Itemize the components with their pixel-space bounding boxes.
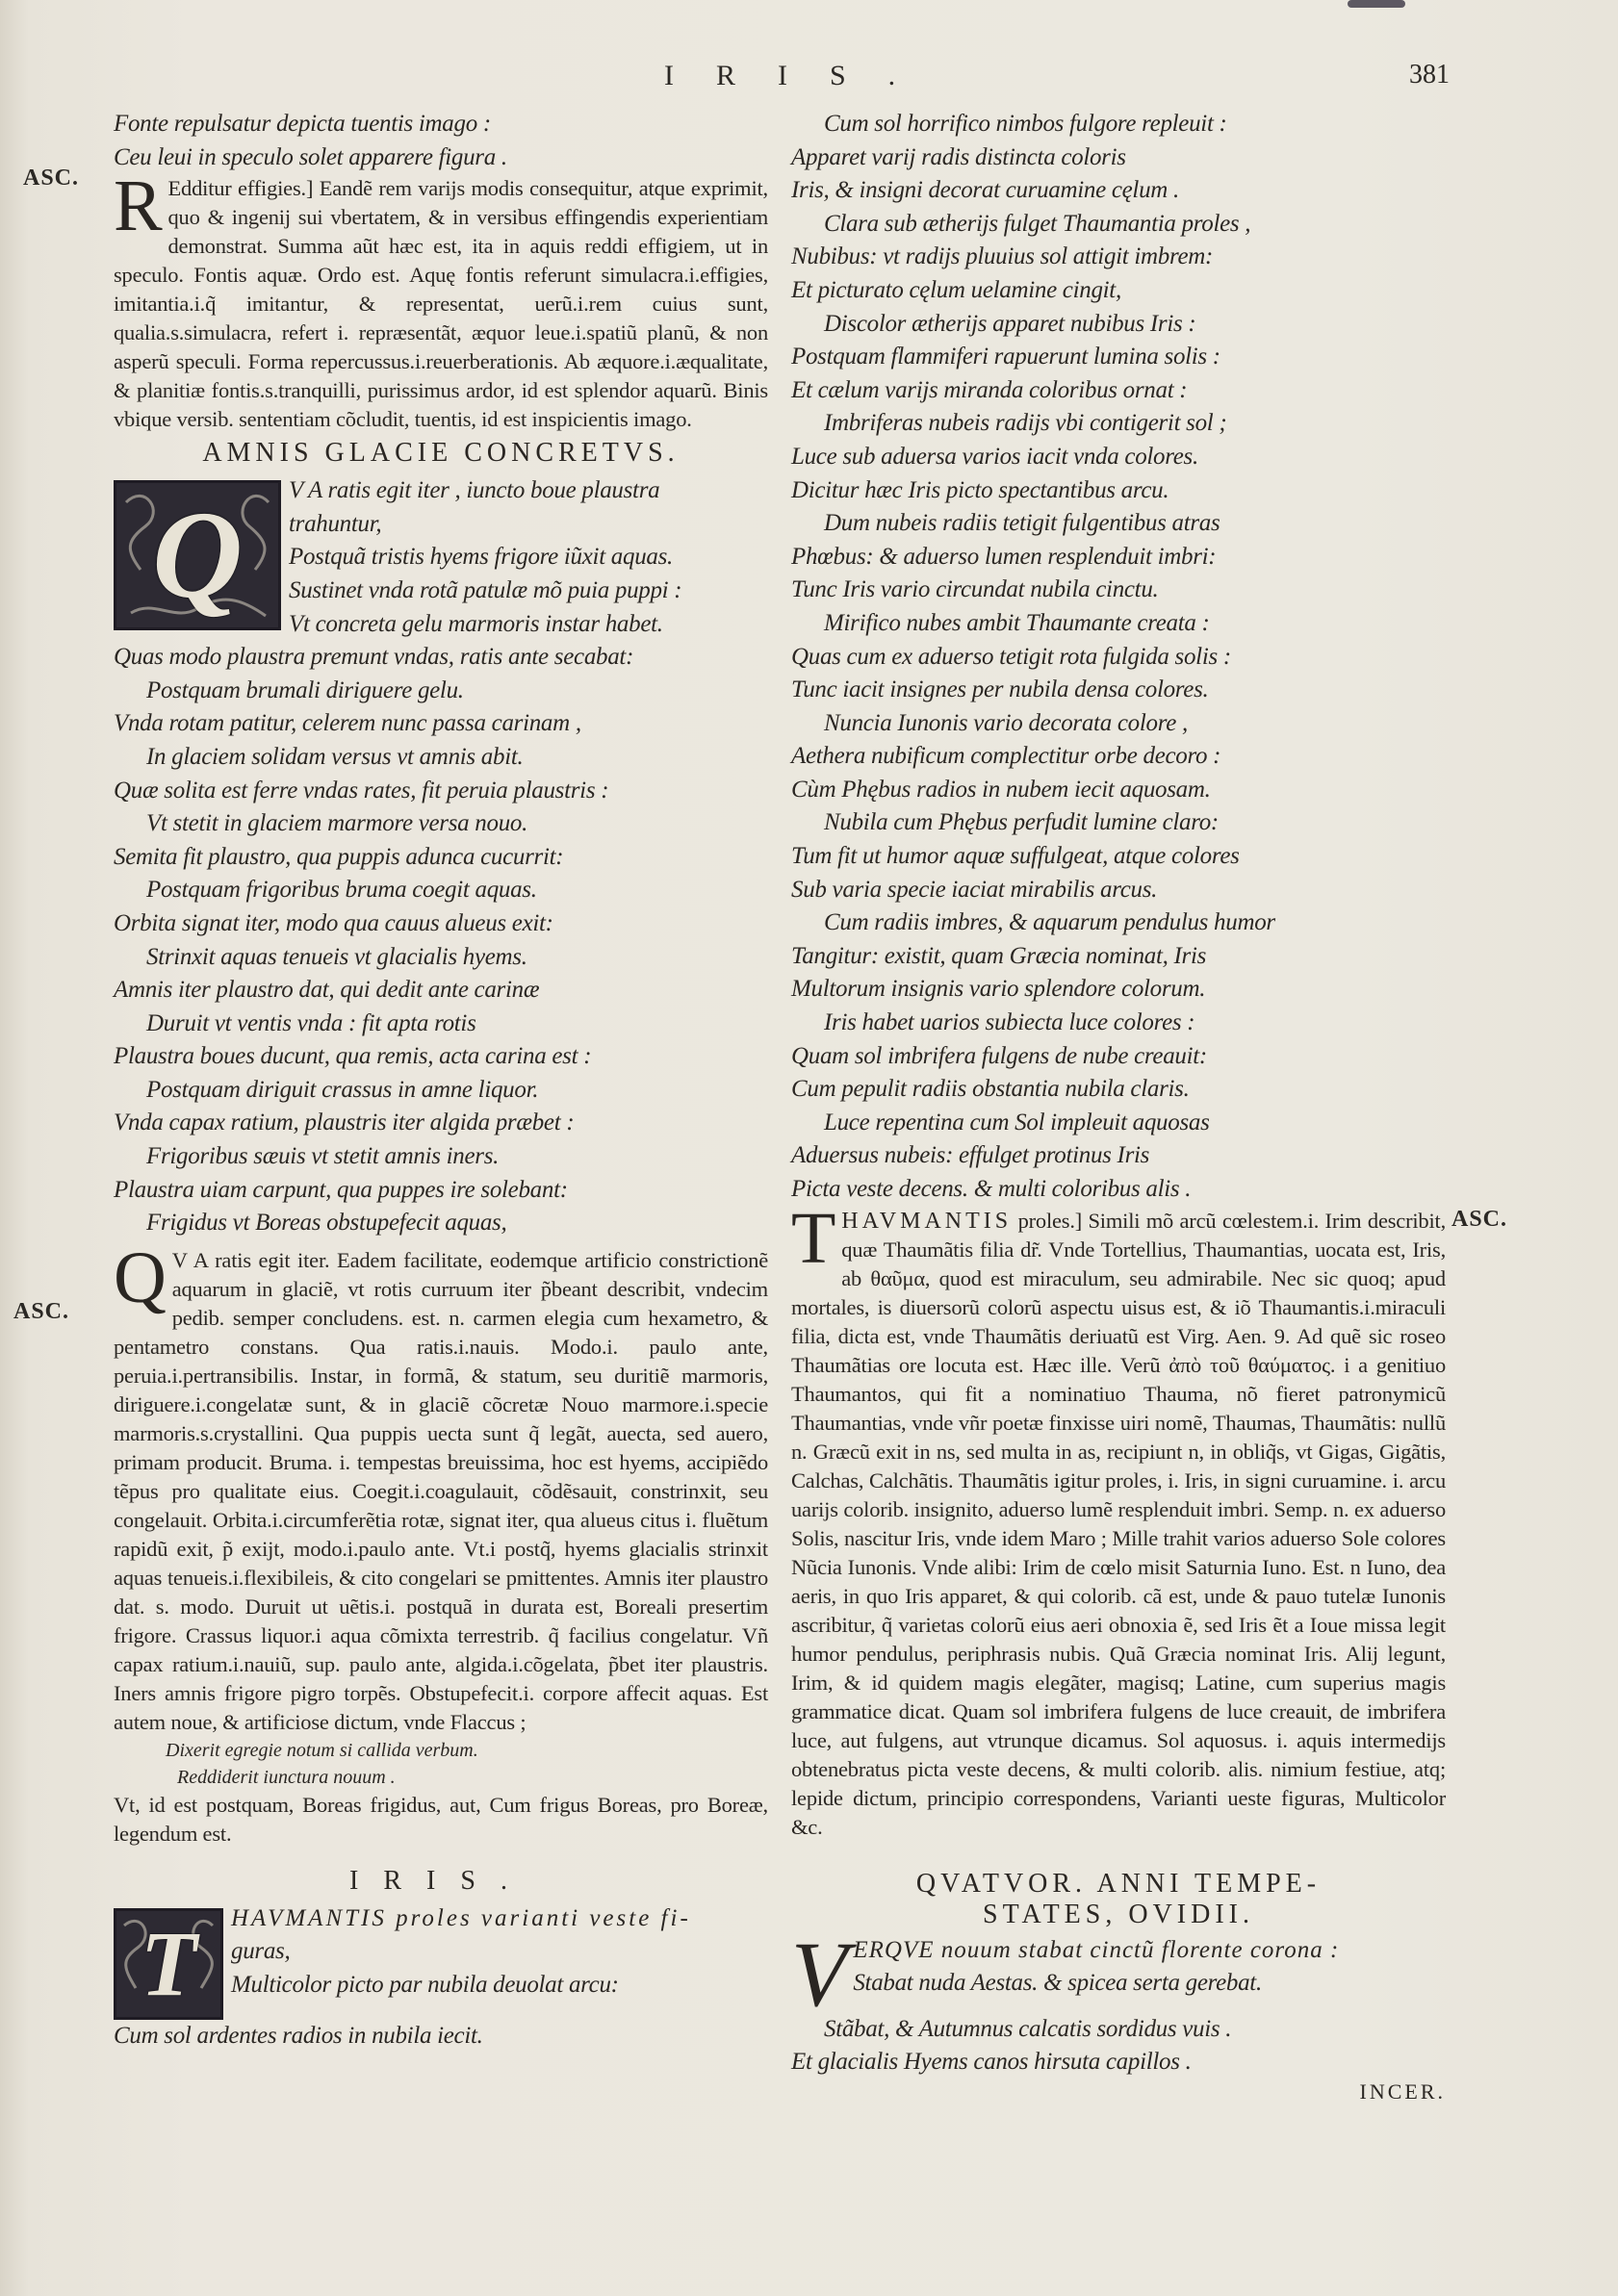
verse-line: In glaciem solidam versus vt amnis abit.	[114, 741, 768, 775]
running-title: IRIS.	[664, 60, 937, 92]
verse-line: Picta veste decens. & multi coloribus al…	[791, 1173, 1532, 1207]
heading-line: QVATVOR. ANNI TEMPE-	[791, 1869, 1446, 1900]
verse-line: Quam sol imbrifera fulgens de nube creau…	[791, 1040, 1532, 1074]
verse-line: Tunc Iris vario circundat nubila cinctu.	[791, 574, 1532, 607]
catchword: INCER.	[791, 2079, 1503, 2105]
heading-line: STATES, OVIDII.	[791, 1900, 1446, 1930]
quotation-flaccus: Dixerit egregie notum si callida verbum.…	[114, 1737, 768, 1791]
verse-line: Et glacialis Hyems canos hirsuta capillo…	[791, 2046, 1532, 2079]
verse-line: Aduersus nubeis: effulget protinus Iris	[791, 1139, 1532, 1173]
commentary-3: T HAVMANTIS proles.] Simili mõ arcũ cœle…	[791, 1207, 1446, 1842]
verse-line: Ceu leui in speculo solet apparere figur…	[114, 141, 768, 175]
commentary-2-end: Vt, id est postquam, Boreas frigidus, au…	[114, 1791, 768, 1849]
verse-line: Luce sub aduersa varios iacit vnda color…	[791, 441, 1532, 474]
ink-blot	[1348, 0, 1405, 8]
verse-line: Tangitur: existit, quam Græcia nominat, …	[791, 940, 1532, 974]
verse-line: Quas cum ex aduerso tetigit rota fulgida…	[791, 641, 1532, 675]
drop-cap-letter: Q	[116, 483, 278, 627]
verse-line: Iris habet uarios subiecta luce colores …	[791, 1007, 1532, 1040]
verse-line: Nuncia Iunonis vario decorata colore ,	[791, 707, 1532, 741]
verse-line: Plaustra boues ducunt, qua remis, acta c…	[114, 1040, 768, 1074]
page-number: 381	[1409, 60, 1450, 90]
verse-line: Stabat nuda Aestas. & spicea serta gereb…	[791, 1967, 1532, 2001]
verse-line: Postquam brumali diriguere gelu.	[114, 675, 768, 708]
verse-line: Vnda rotam patitur, celerem nunc passa c…	[114, 707, 768, 741]
drop-cap-letter: T	[116, 1911, 220, 2017]
drop-cap: T	[791, 1209, 835, 1268]
verse-line: Vnda capax ratium, plaustris iter algida…	[114, 1107, 768, 1140]
verse-line: Nubila cum Phębus perfudit lumine claro:	[791, 806, 1532, 840]
ornamental-drop-cap: Q	[114, 480, 281, 630]
verse-line: Cùm Phębus radios in nubem iecit aquosam…	[791, 774, 1532, 807]
commentary-text: Edditur effigies.] Eandẽ rem varijs modi…	[114, 174, 768, 434]
verse-line: Luce repentina cum Sol impleuit aquosas	[791, 1107, 1532, 1140]
verse-lines: Quas modo plaustra premunt vndas, ratis …	[114, 641, 768, 1240]
commentary-text: HAVMANTIS proles.] Simili mõ arcũ cœlest…	[791, 1207, 1446, 1842]
verse-line: Aethera nubificum complectitur orbe deco…	[791, 740, 1532, 774]
drop-cap: V	[791, 1936, 847, 2013]
verse-line: Quas modo plaustra premunt vndas, ratis …	[114, 641, 768, 675]
verse-line: Postquam frigoribus bruma coegit aquas.	[114, 874, 768, 907]
verse-line: Sub varia specie iaciat mirabilis arcus.	[791, 874, 1532, 907]
verse-line: Imbriferas nubeis radijs vbi contigerit …	[791, 407, 1532, 441]
verse-top: Fonte repulsatur depicta tuentis imago :…	[114, 108, 768, 174]
drop-cap: R	[114, 176, 163, 236]
verse-line: Tunc iacit insignes per nubila densa col…	[791, 674, 1532, 707]
right-column: Cum sol horrifico nimbos fulgore repleui…	[791, 108, 1532, 2105]
verse-line: Orbita signat iter, modo qua cauus alueu…	[114, 907, 768, 941]
verse-line: Dicitur hæc Iris picto spectantibus arcu…	[791, 474, 1532, 508]
verse-line: Tum fit ut humor aquæ suffulgeat, atque …	[791, 840, 1532, 874]
section-heading-seasons: QVATVOR. ANNI TEMPE- STATES, OVIDII.	[791, 1869, 1446, 1930]
commentary-1: R Edditur effigies.] Eandẽ rem varijs mo…	[114, 174, 768, 434]
verse-line: Cum pepulit radiis obstantia nubila clar…	[791, 1073, 1532, 1107]
verse-line: Frigidus vt Boreas obstupefecit aquas,	[114, 1207, 768, 1240]
section-heading: AMNIS GLACIE CONCRETVS.	[114, 438, 768, 469]
verse-line: Clara sub ætherijs fulget Thaumantia pro…	[791, 208, 1532, 242]
verse-line: Strinxit aquas tenueis vt glacialis hyem…	[114, 941, 768, 975]
poem-amnis: Q V A ratis egit iter , iuncto boue plau…	[114, 474, 768, 1240]
lead-caps: HAVMANTIS	[841, 1209, 1012, 1234]
margin-note-asc: ASC.	[23, 166, 79, 191]
poem-iris-continued: Cum sol horrifico nimbos fulgore repleui…	[791, 108, 1532, 1207]
verse-line: Vt stetit in glaciem marmore versa nouo.	[114, 807, 768, 841]
verse-line: Postquam diriguit crassus in amne liquor…	[114, 1074, 768, 1108]
verse-line: Duruit vt ventis vnda : fit apta rotis	[114, 1008, 768, 1041]
verse-line: Dum nubeis radiis tetigit fulgentibus at…	[791, 507, 1532, 541]
book-page: IRIS. 381 ASC. ASC. ASC. Fonte repulsatu…	[0, 0, 1618, 2296]
section-heading-iris: IRIS.	[114, 1866, 768, 1897]
verse-line: Multorum insignis vario splendore coloru…	[791, 973, 1532, 1007]
verse-line: Et cælum varijs miranda coloribus ornat …	[791, 374, 1532, 408]
verse-line: Postquam flammiferi rapuerunt lumina sol…	[791, 341, 1532, 374]
commentary-body: proles.] Simili mõ arcũ cœlestem.i. Irim…	[791, 1209, 1446, 1839]
verse-line: Apparet varij radis distincta coloris	[791, 141, 1532, 175]
verse-line: ERQVE nouum stabat cinctũ florente coron…	[791, 1934, 1532, 1968]
verse-line: Et picturato cęlum uelamine cingit,	[791, 274, 1532, 308]
verse-line: Phœbus: & aduerso lumen resplenduit imbr…	[791, 541, 1532, 574]
poem-iris: T HAVMANTIS proles varianti veste fi- gu…	[114, 1902, 768, 2054]
verse-line: Stãbat, & Autumnus calcatis sordidus vui…	[791, 2013, 1532, 2047]
commentary-text: V A ratis egit iter. Eadem facilitate, e…	[114, 1246, 768, 1737]
left-column: Fonte repulsatur depicta tuentis imago :…	[114, 108, 768, 2053]
poem-seasons: V ERQVE nouum stabat cinctũ florente cor…	[791, 1934, 1532, 2079]
verse-line: Fonte repulsatur depicta tuentis imago :	[114, 108, 768, 141]
quote-line: Reddiderit iunctura nouum .	[166, 1764, 768, 1791]
verse-line: Plaustra uiam carpunt, qua puppes ire so…	[114, 1174, 768, 1208]
verse-line: Quæ solita est ferre vndas rates, fit pe…	[114, 775, 768, 808]
verse-line: Nubibus: vt radijs pluuius sol attigit i…	[791, 241, 1532, 274]
commentary-2: Q V A ratis egit iter. Eadem facilitate,…	[114, 1246, 768, 1737]
drop-cap: Q	[114, 1248, 167, 1308]
verse-line: Amnis iter plaustro dat, qui dedit ante …	[114, 974, 768, 1008]
verse-line: Iris, & insigni decorat curuamine cęlum …	[791, 174, 1532, 208]
margin-note-asc: ASC.	[13, 1299, 69, 1325]
quote-line: Dixerit egregie notum si callida verbum.	[166, 1737, 768, 1764]
verse-line: Cum sol ardentes radios in nubila iecit.	[114, 2020, 768, 2054]
verse-line: Mirifico nubes ambit Thaumante creata :	[791, 607, 1532, 641]
verse-line: Discolor ætherijs apparet nubibus Iris :	[791, 308, 1532, 342]
verse-line: Frigoribus sæuis vt stetit amnis iners.	[114, 1140, 768, 1174]
commentary-text: Vt, id est postquam, Boreas frigidus, au…	[114, 1791, 768, 1849]
verse-line: Cum sol horrifico nimbos fulgore repleui…	[791, 108, 1532, 141]
verse-line: Cum radiis imbres, & aquarum pendulus hu…	[791, 906, 1532, 940]
ornamental-drop-cap: T	[114, 1908, 223, 2020]
verse-line: Semita fit plaustro, qua puppis adunca c…	[114, 841, 768, 875]
